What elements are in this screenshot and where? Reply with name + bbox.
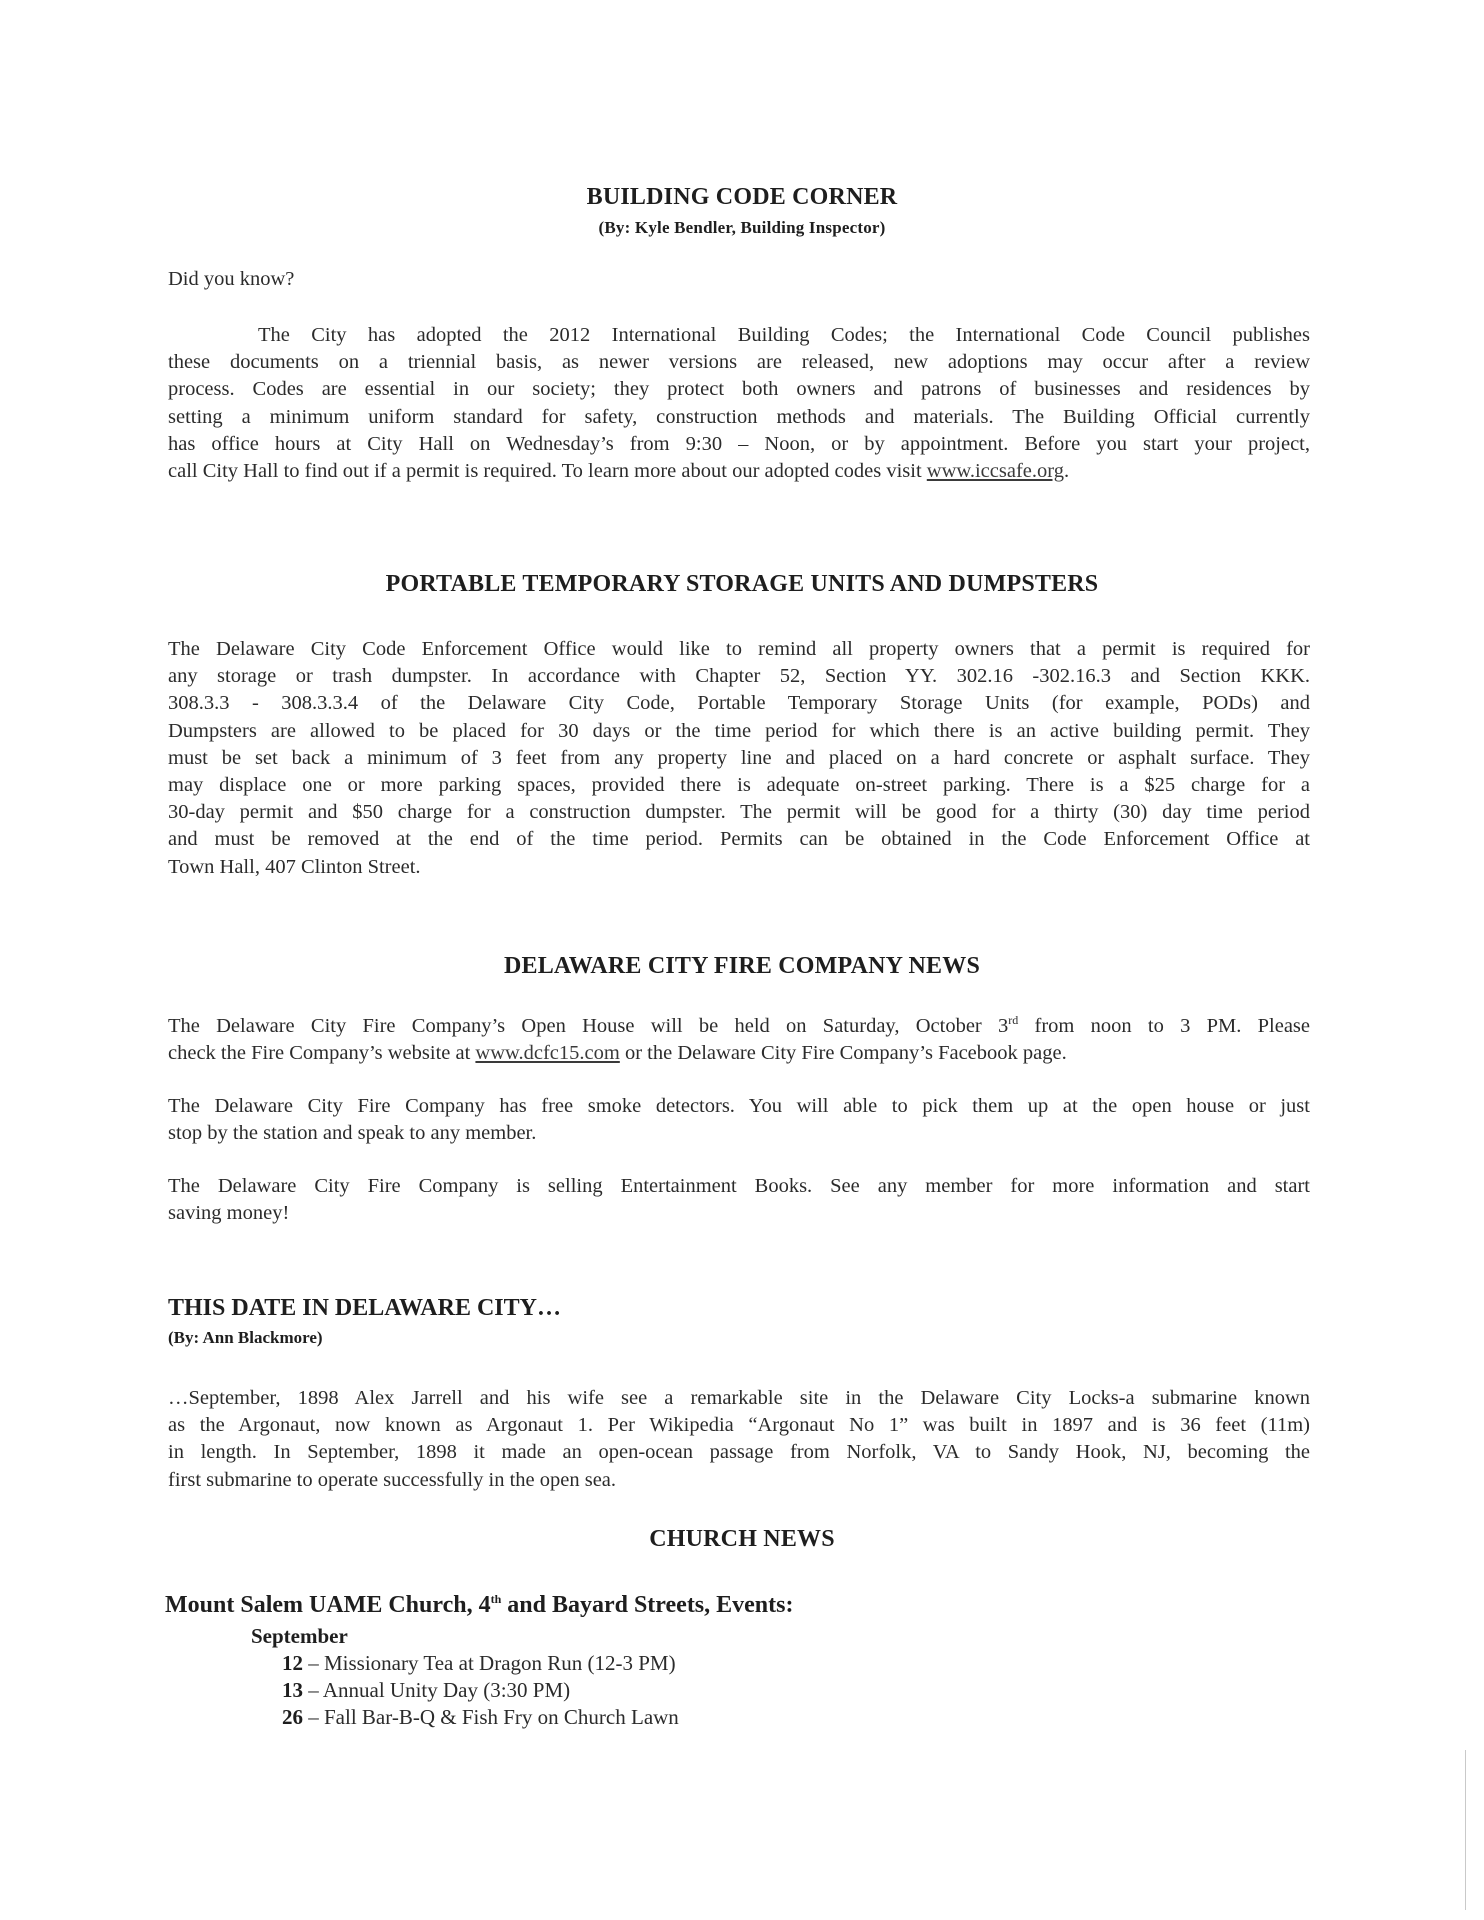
text-line: may displace one or more parking spaces,…: [168, 772, 1310, 799]
church-event: 13 – Annual Unity Day (3:30 PM): [282, 1678, 570, 1703]
text-span: and Bayard Streets, Events:: [501, 1592, 793, 1618]
text-line: The Delaware City Fire Company’s Open Ho…: [168, 1013, 1310, 1040]
text-line: any storage or trash dumpster. In accord…: [168, 663, 1310, 690]
event-text: – Missionary Tea at Dragon Run (12-3 PM): [303, 1651, 676, 1675]
text-line: stop by the station and speak to any mem…: [168, 1120, 1310, 1147]
text-line: first submarine to operate successfully …: [168, 1467, 1310, 1494]
this-date-title: THIS DATE IN DELAWARE CITY…: [168, 1295, 561, 1322]
iccsafe-link[interactable]: www.iccsafe.org: [927, 460, 1064, 482]
text-line: Town Hall, 407 Clinton Street.: [168, 854, 1310, 881]
text-span: The Delaware City Fire Company’s Open Ho…: [168, 1015, 1008, 1037]
text-span: Mount Salem UAME Church, 4: [165, 1592, 491, 1618]
text-line: The Delaware City Code Enforcement Offic…: [168, 636, 1310, 663]
text-span: call City Hall to find out if a permit i…: [168, 460, 927, 482]
event-text: – Annual Unity Day (3:30 PM): [303, 1678, 570, 1702]
scan-edge-line: [1465, 1750, 1466, 1910]
text-line: 308.3.3 - 308.3.3.4 of the Delaware City…: [168, 690, 1310, 717]
this-date-paragraph: …September, 1898 Alex Jarrell and his wi…: [168, 1385, 1310, 1494]
text-line: 30-day permit and $50 charge for a const…: [168, 799, 1310, 826]
event-text: – Fall Bar-B-Q & Fish Fry on Church Lawn: [303, 1705, 679, 1729]
text-line: as the Argonaut, now known as Argonaut 1…: [168, 1412, 1310, 1439]
text-line: process. Codes are essential in our soci…: [168, 376, 1310, 403]
text-span: or the Delaware City Fire Company’s Face…: [620, 1042, 1067, 1064]
ordinal-sup: rd: [1008, 1013, 1018, 1027]
text-line: …September, 1898 Alex Jarrell and his wi…: [168, 1385, 1310, 1412]
ordinal-sup: th: [491, 1592, 502, 1606]
text-line: has office hours at City Hall on Wednesd…: [168, 431, 1310, 458]
text-line: call City Hall to find out if a permit i…: [168, 458, 1310, 485]
building-code-title: BUILDING CODE CORNER: [0, 184, 1484, 211]
text-line: saving money!: [168, 1200, 1310, 1227]
church-event: 12 – Missionary Tea at Dragon Run (12-3 …: [282, 1651, 676, 1676]
newsletter-page: BUILDING CODE CORNER (By: Kyle Bendler, …: [0, 0, 1484, 1920]
event-day: 13: [282, 1678, 303, 1702]
text-line: check the Fire Company’s website at www.…: [168, 1040, 1310, 1067]
church-month: September: [251, 1624, 348, 1649]
church-heading: Mount Salem UAME Church, 4th and Bayard …: [165, 1592, 793, 1619]
church-event: 26 – Fall Bar-B-Q & Fish Fry on Church L…: [282, 1705, 679, 1730]
text-line: must be set back a minimum of 3 feet fro…: [168, 745, 1310, 772]
storage-title: PORTABLE TEMPORARY STORAGE UNITS AND DUM…: [0, 571, 1484, 598]
fire-entertainment-books-paragraph: The Delaware City Fire Company is sellin…: [168, 1173, 1310, 1227]
text-line: setting a minimum uniform standard for s…: [168, 404, 1310, 431]
text-line: and must be removed at the end of the ti…: [168, 826, 1310, 853]
text-span: .: [1064, 460, 1069, 482]
text-line: these documents on a triennial basis, as…: [168, 349, 1310, 376]
fire-company-title: DELAWARE CITY FIRE COMPANY NEWS: [0, 953, 1484, 980]
this-date-byline: (By: Ann Blackmore): [168, 1328, 323, 1348]
dcfc15-link[interactable]: www.dcfc15.com: [475, 1042, 619, 1064]
text-span: from noon to 3 PM. Please: [1018, 1015, 1310, 1037]
event-day: 26: [282, 1705, 303, 1729]
fire-open-house-paragraph: The Delaware City Fire Company’s Open Ho…: [168, 1013, 1310, 1067]
building-code-byline: (By: Kyle Bendler, Building Inspector): [0, 218, 1484, 238]
text-line: in length. In September, 1898 it made an…: [168, 1439, 1310, 1466]
event-day: 12: [282, 1651, 303, 1675]
building-code-paragraph: The City has adopted the 2012 Internatio…: [168, 322, 1310, 485]
text-line: The Delaware City Fire Company has free …: [168, 1093, 1310, 1120]
text-line: The Delaware City Fire Company is sellin…: [168, 1173, 1310, 1200]
text-line: Dumpsters are allowed to be placed for 3…: [168, 718, 1310, 745]
storage-paragraph: The Delaware City Code Enforcement Offic…: [168, 636, 1310, 881]
fire-smoke-detectors-paragraph: The Delaware City Fire Company has free …: [168, 1093, 1310, 1147]
text-span: check the Fire Company’s website at: [168, 1042, 475, 1064]
church-news-title: CHURCH NEWS: [0, 1526, 1484, 1553]
did-you-know: Did you know?: [168, 268, 294, 291]
text-line: The City has adopted the 2012 Internatio…: [168, 322, 1310, 349]
